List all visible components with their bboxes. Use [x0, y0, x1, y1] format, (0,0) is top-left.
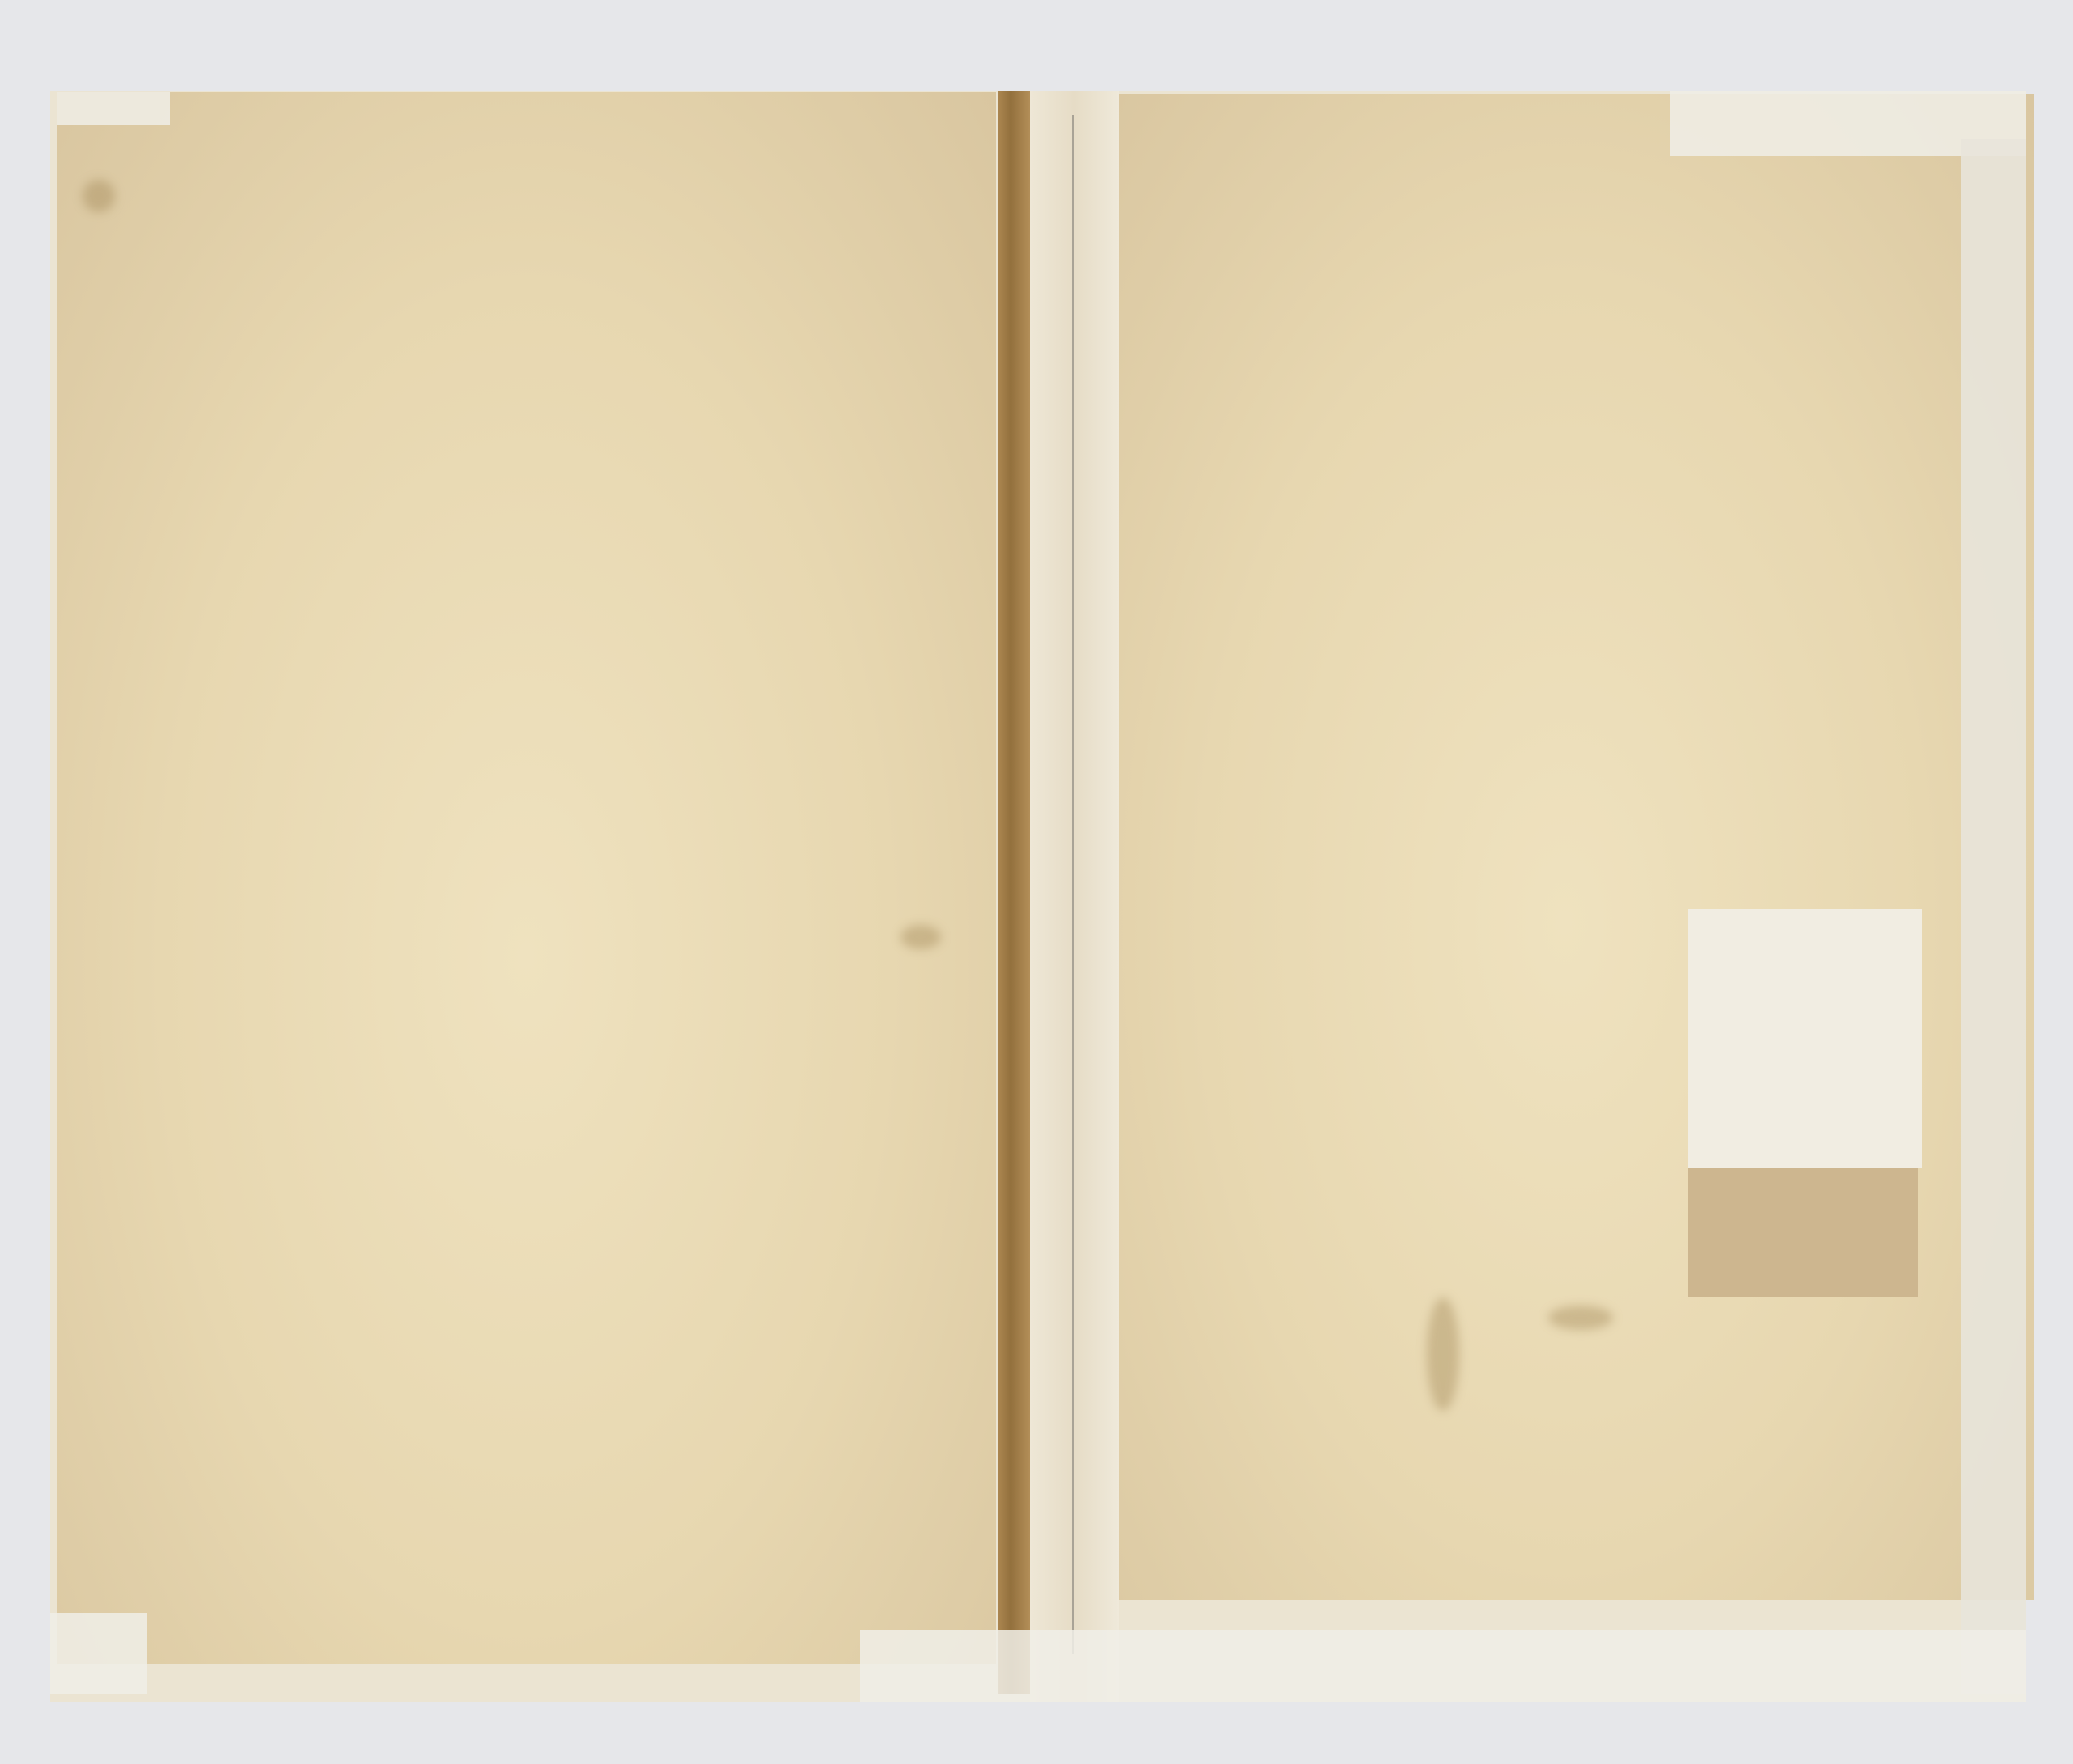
fold-line: [1072, 115, 1074, 1654]
foxing-stain: [1548, 1306, 1613, 1330]
tape-top-left: [57, 92, 170, 125]
foxing-stain: [83, 180, 115, 212]
right-panel: [1095, 94, 2034, 1600]
paper-patch: [1688, 909, 1922, 1168]
tape-bottom-left: [50, 1613, 147, 1694]
left-panel: [57, 92, 996, 1664]
gutter-stain: [998, 91, 1030, 1694]
tape-right-edge: [1961, 139, 2026, 1694]
tape-bottom: [860, 1630, 2026, 1702]
foxing-stain: [1427, 1297, 1459, 1411]
patch-stain: [1688, 1168, 1918, 1297]
paper-sheet: [50, 91, 2026, 1702]
foxing-stain: [900, 925, 941, 949]
hinge-tape: [1030, 91, 1119, 1702]
